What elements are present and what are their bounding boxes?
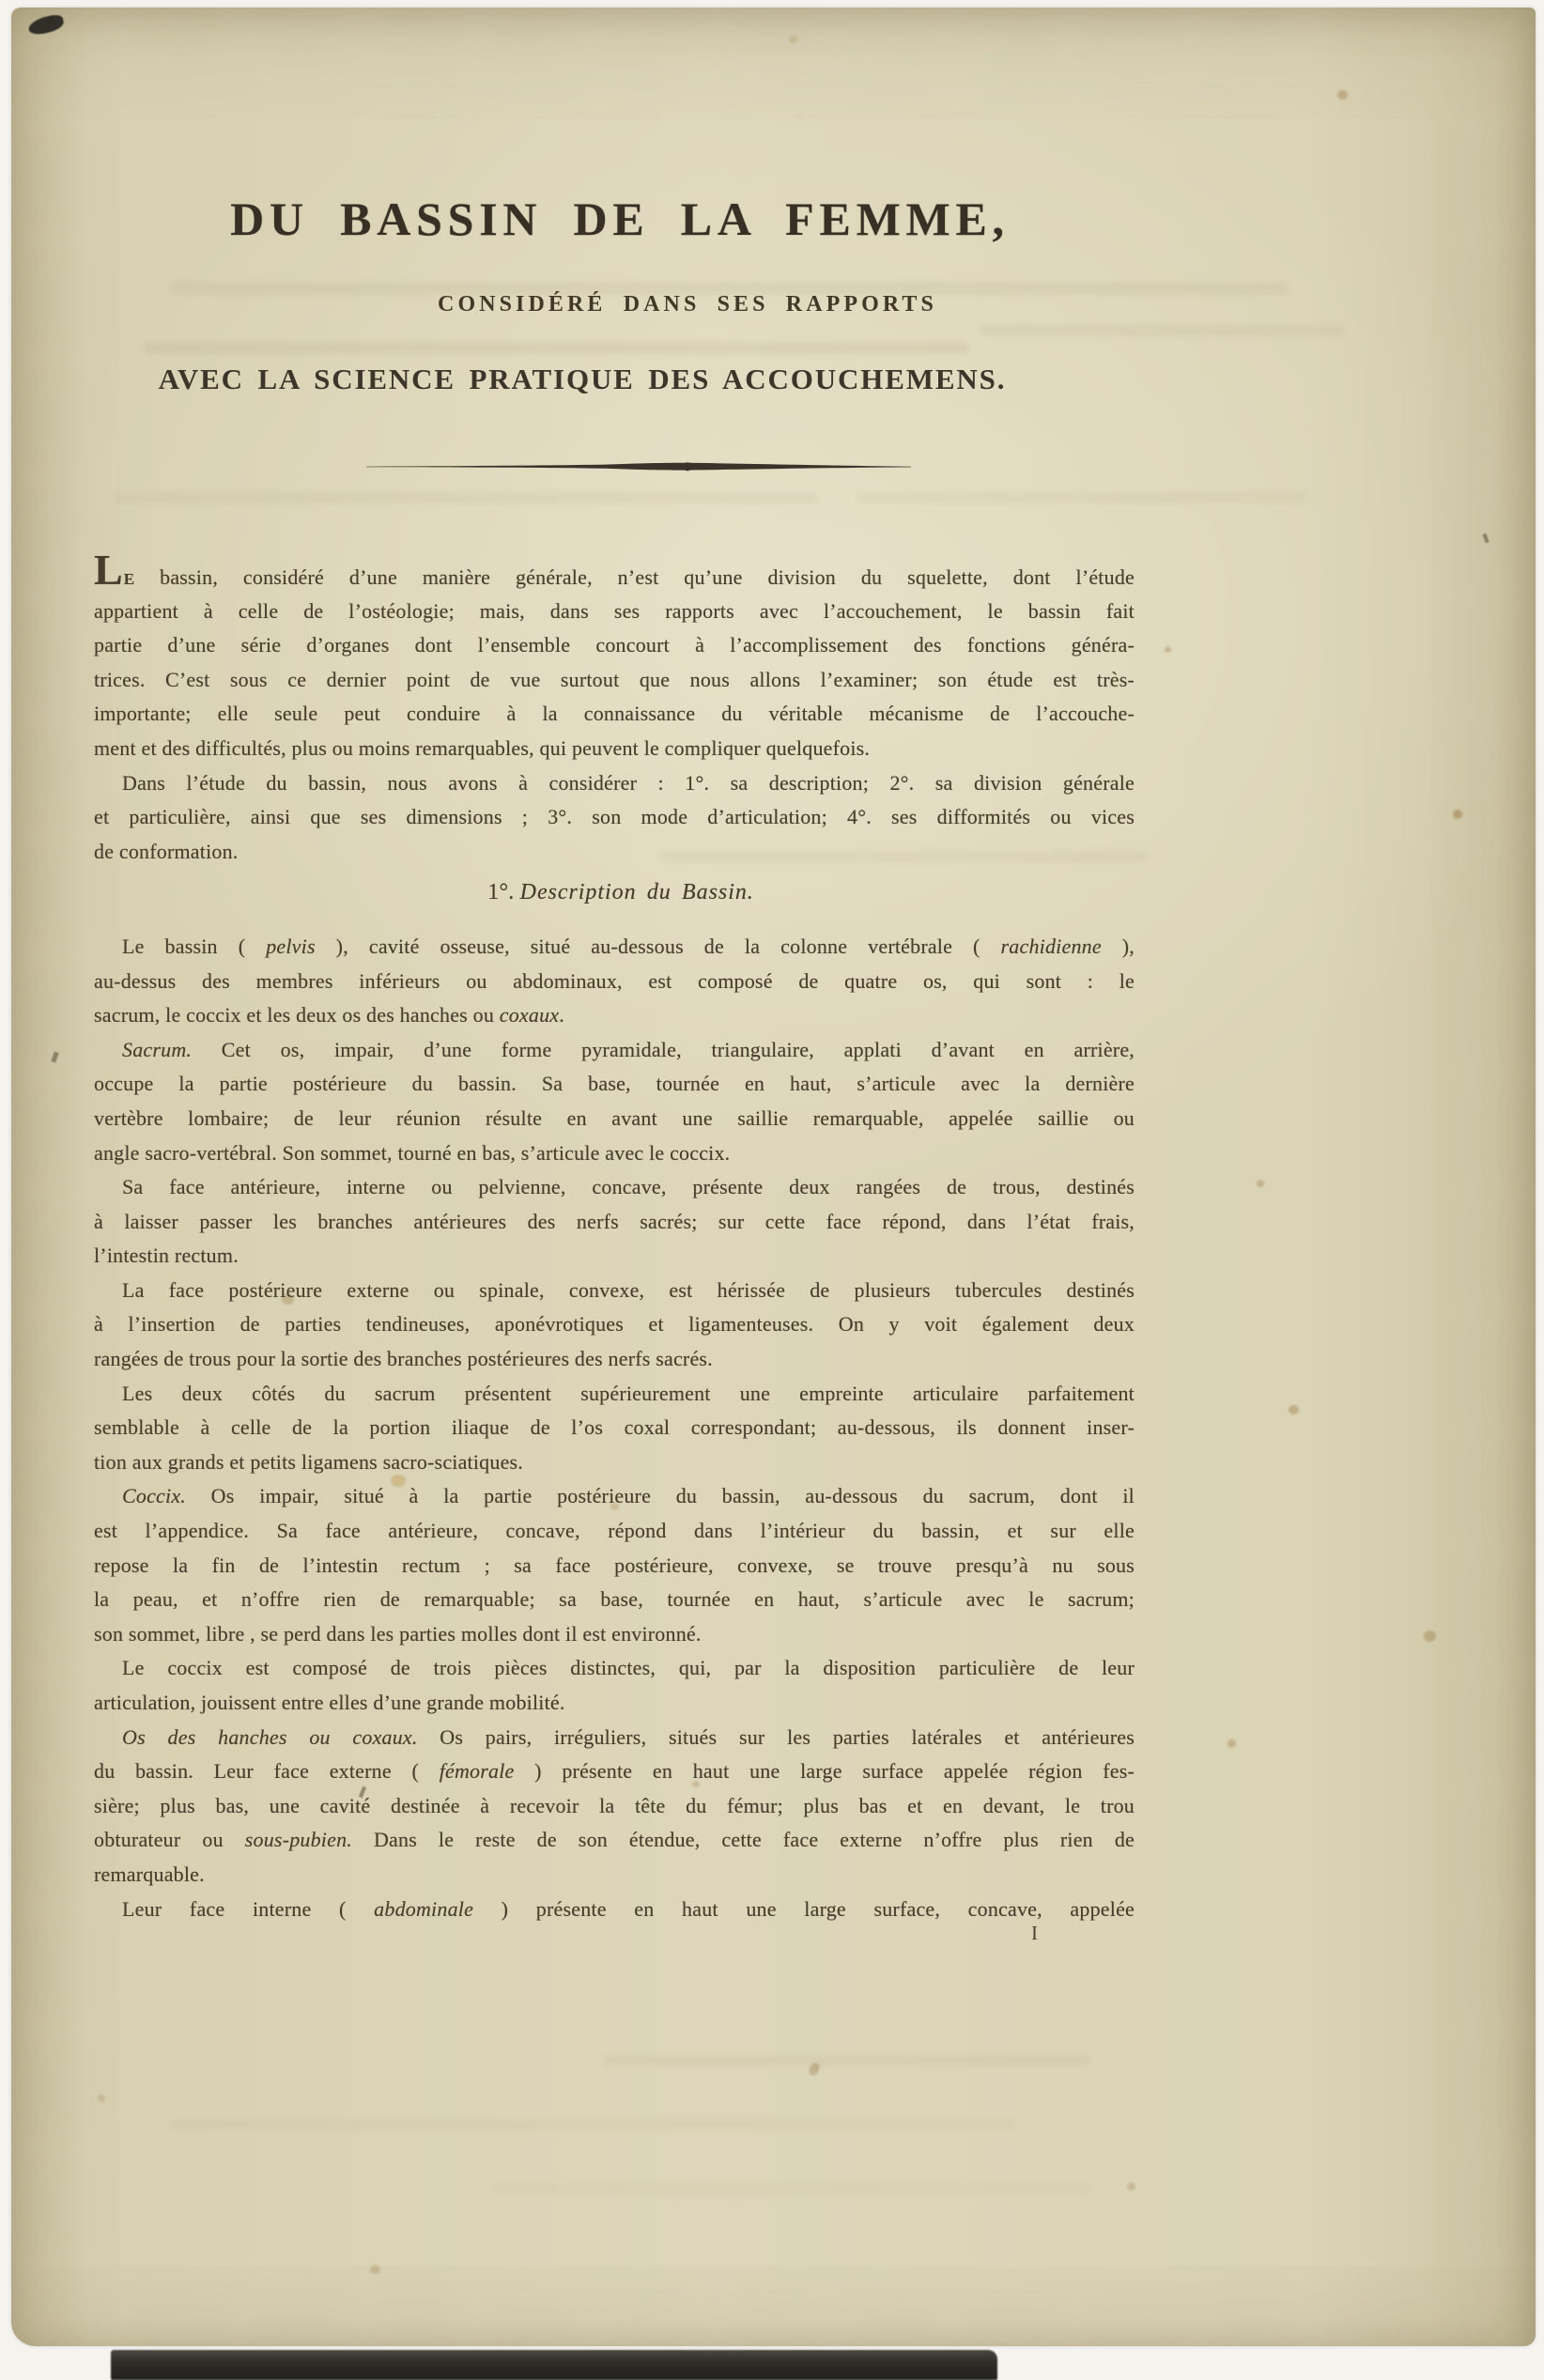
showthrough-smudge — [490, 2183, 1091, 2194]
scan-edge-bar — [111, 2350, 997, 2380]
section-heading: 1°. Description du Bassin. — [107, 875, 1135, 910]
foxing-spot — [1127, 2183, 1135, 2190]
text-line: vertèbre lombaire; de leur réunion résul… — [94, 1102, 1135, 1136]
stray-mark — [51, 1051, 58, 1062]
foxing-spot — [1289, 1405, 1299, 1414]
text-line: remarquable. — [94, 1858, 1135, 1893]
paragraph: Le coccix est composé de trois pièces di… — [94, 1651, 1135, 1720]
paragraph: Sacrum. Cet os, impair, d’une forme pyra… — [94, 1033, 1135, 1170]
text-line: appartient à celle de l’ostéologie; mais… — [94, 595, 1135, 629]
text-line: à laisser passer les branches antérieure… — [94, 1205, 1135, 1240]
ink-smudge-mark — [27, 13, 66, 38]
text-line: Le coccix est composé de trois pièces di… — [94, 1651, 1135, 1686]
text-line: Les deux côtés du sacrum présentent supé… — [94, 1377, 1135, 1412]
foxing-spot — [789, 36, 797, 43]
paragraph: Dans l’étude du bassin, nous avons à con… — [94, 766, 1135, 870]
paragraph: Os des hanches ou coxaux. Os pairs, irré… — [94, 1721, 1135, 1893]
text-line: du bassin. Leur face externe ( fémorale … — [94, 1754, 1135, 1789]
text-line: sacrum, le coccix et les deux os des han… — [94, 998, 1135, 1033]
text-line: la peau, et n’offre rien de remarquable;… — [94, 1583, 1135, 1617]
foxing-spot — [1165, 646, 1171, 653]
text-line: La face postérieure externe ou spinale, … — [94, 1274, 1135, 1308]
text-line: partie d’une série d’organes dont l’ense… — [94, 628, 1135, 663]
text-line: Dans l’étude du bassin, nous avons à con… — [94, 766, 1135, 801]
book-page: DU BASSIN DE LA FEMME, CONSIDÉRÉ DANS SE… — [11, 8, 1536, 2346]
foxing-spot — [1337, 90, 1348, 100]
text-line: Le bassin ( pelvis ), cavité osseuse, si… — [94, 930, 1135, 965]
showthrough-smudge — [857, 492, 1307, 503]
text-line: obturateur ou sous-pubien. Dans le reste… — [94, 1823, 1135, 1858]
paragraph: Le bassin ( pelvis ), cavité osseuse, si… — [94, 930, 1135, 1033]
text-line: Sa face antérieure, interne ou pelvienne… — [94, 1170, 1135, 1205]
paragraph: Coccix. Os impair, situé à la partie pos… — [94, 1479, 1135, 1651]
paragraph: Sa face antérieure, interne ou pelvienne… — [94, 1170, 1135, 1274]
text-line: trices. C’est sous ce dernier point de v… — [94, 663, 1135, 698]
text-line: est l’appendice. Sa face antérieure, con… — [94, 1514, 1135, 1549]
foxing-spot — [98, 2094, 105, 2102]
text-line: l’intestin rectum. — [94, 1239, 1135, 1274]
showthrough-smudge — [979, 325, 1345, 336]
text-line: repose la fin de l’intestin rectum ; sa … — [94, 1549, 1135, 1584]
text-line: articulation, jouissent entre elles d’un… — [94, 1686, 1135, 1721]
subtitle-line-2: AVEC LA SCIENCE PRATIQUE DES ACCOUCHEMEN… — [56, 363, 1108, 396]
text-line: rangées de trous pour la sortie des bran… — [94, 1342, 1135, 1377]
text-line: occupe la partie postérieure du bassin. … — [94, 1067, 1135, 1102]
text-line: et particulière, ainsi que ses dimension… — [94, 800, 1135, 835]
body-text: LE bassin, considéré d’une manière génér… — [94, 560, 1135, 1926]
showthrough-smudge — [143, 342, 969, 354]
foxing-spot — [1227, 1739, 1236, 1748]
text-line: importante; elle seule peut conduire à l… — [94, 697, 1135, 732]
showthrough-smudge — [115, 492, 819, 503]
subtitle-line-1: CONSIDÉRÉ DANS SES RAPPORTS — [162, 292, 1213, 317]
paragraph: LE bassin, considéré d’une manière génér… — [94, 560, 1135, 766]
text-line: semblable à celle de la portion iliaque … — [94, 1411, 1135, 1445]
text-line: au-dessus des membres inférieurs ou abdo… — [94, 965, 1135, 999]
stray-mark — [1482, 533, 1489, 544]
text-line: angle sacro-vertébral. Son sommet, tourn… — [94, 1136, 1135, 1171]
showthrough-smudge — [171, 2119, 1016, 2130]
text-line: de conformation. — [94, 835, 1135, 870]
text-line: Leur face interne ( abdominale ) présent… — [94, 1893, 1135, 1927]
foxing-spot — [370, 2265, 380, 2274]
text-line: à l’insertion de parties tendineuses, ap… — [94, 1307, 1135, 1342]
swelled-rule-divider — [366, 460, 911, 473]
signature-mark: I — [1031, 1922, 1039, 1945]
foxing-spot — [1453, 810, 1462, 819]
text-line: tion aux grands et petits ligamens sacro… — [94, 1445, 1135, 1480]
text-line: Coccix. Os impair, situé à la partie pos… — [94, 1479, 1135, 1514]
foxing-spot — [1424, 1630, 1436, 1642]
paragraph: Les deux côtés du sacrum présentent supé… — [94, 1377, 1135, 1480]
drop-cap: L — [94, 546, 124, 594]
text-line: son sommet, libre , se perd dans les par… — [94, 1617, 1135, 1652]
text-line: ment et des difficultés, plus ou moins r… — [94, 732, 1135, 766]
paragraph: Leur face interne ( abdominale ) présent… — [94, 1893, 1135, 1927]
foxing-spot — [1257, 1180, 1264, 1187]
text-line: sière; plus bas, une cavité destinée à r… — [94, 1789, 1135, 1824]
scanned-page-photo: DU BASSIN DE LA FEMME, CONSIDÉRÉ DANS SE… — [0, 0, 1544, 2380]
text-line: Os des hanches ou coxaux. Os pairs, irré… — [94, 1721, 1135, 1755]
page-title: DU BASSIN DE LA FEMME, — [94, 192, 1146, 246]
text-line: LE bassin, considéré d’une manière génér… — [94, 560, 1135, 595]
foxing-spot — [807, 2061, 821, 2077]
text-line: Sacrum. Cet os, impair, d’une forme pyra… — [94, 1033, 1135, 1068]
showthrough-smudge — [603, 2055, 1091, 2066]
paragraph: La face postérieure externe ou spinale, … — [94, 1274, 1135, 1377]
